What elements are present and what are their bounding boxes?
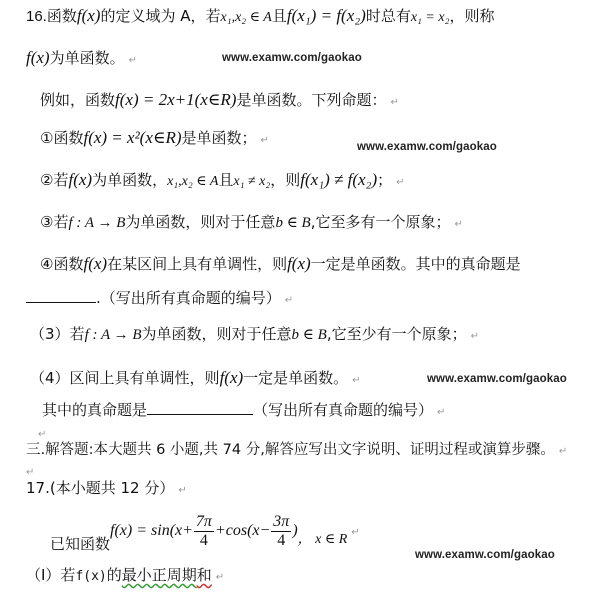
paragraph-mark-icon: ↵: [455, 219, 463, 230]
math-x1x2-in-A: x₁,x₂ ∈ A: [221, 10, 272, 25]
paragraph-mark-icon: ↵: [390, 97, 398, 108]
paragraph-mark-icon: ↵: [396, 177, 404, 188]
answer-blank[interactable]: [26, 288, 96, 303]
paragraph-mark-icon: ↵: [352, 375, 360, 386]
q17-given-function: 已知函数f(x) = sin(x+7π4+cos(x−3π4)， x ∈ R↵: [50, 510, 360, 554]
grammar-underline: 最小正周期: [122, 566, 197, 584]
proposition-3: ③若f : A → B为单函数，则对于任意b ∈ B,它至多有一个原象；↵: [40, 212, 463, 235]
math-x-squared: f(x) = x²(x∈R): [83, 128, 181, 147]
question-number: 16.: [26, 8, 47, 25]
paragraph-mark-icon: ↵: [261, 135, 269, 146]
math-example-formula: f(x) = 2x+1(x∈R): [115, 90, 236, 109]
watermark: www.examw.com/gaokao: [222, 52, 362, 64]
answer-line: .（写出所有真命题的编号）↵: [26, 288, 293, 311]
q16-line1: 16.函数f(x)的定义域为 A，若x₁,x₂ ∈ A且f(x₁) = f(x₂…: [26, 6, 494, 28]
proposition-1: ①函数f(x) = x²(x∈R)是单函数；↵: [40, 128, 269, 151]
alt-proposition-4: （4）区间上具有单调性，则f(x)一定是单函数。↵: [30, 368, 361, 391]
section-3-heading: 三.解答题:本大题共 6 小题,共 74 分,解答应写出文字说明、证明过程或演算…: [26, 440, 567, 462]
alt-answer-line: 其中的真命题是（写出所有真命题的编号）↵: [42, 400, 445, 423]
proposition-4: ④函数f(x)在某区间上具有单调性，则f(x)一定是单函数。其中的真命题是: [40, 254, 521, 274]
paragraph-mark-icon: ↵: [559, 446, 567, 457]
paragraph-mark-icon: ↵: [285, 295, 293, 306]
paragraph-mark-icon: ↵: [216, 572, 224, 583]
q17-header: 17.(本小题共 12 分）↵: [26, 478, 187, 501]
math-trig-formula: f(x) = sin(x+7π4+cos(x−3π4): [110, 522, 298, 539]
math-fx1-eq-fx2: f(x₁) = f(x₂): [287, 6, 366, 25]
example-line: 例如，函数f(x) = 2x+1(x∈R)是单函数。下列命题：↵: [40, 90, 399, 113]
watermark: www.examw.com/gaokao: [427, 373, 567, 385]
math-fx: f(x): [26, 48, 50, 67]
watermark: www.examw.com/gaokao: [357, 141, 497, 153]
proposition-2: ②若f(x)为单函数，x₁,x₂ ∈ A且x₁ ≠ x₂，则f(x₁) ≠ f(…: [40, 170, 405, 193]
paragraph-mark-icon: ↵: [178, 485, 186, 496]
q17-part-1: （Ⅰ）若f(x)的最小正周期和↵: [26, 565, 224, 588]
q16-line2: f(x)为单函数。↵: [26, 48, 137, 71]
paragraph-mark-icon: ↵: [129, 55, 137, 66]
fraction-7pi-4: 7π4: [194, 513, 214, 550]
paragraph-mark-icon: ↵: [437, 407, 445, 418]
paragraph-mark-icon: ↵: [471, 331, 479, 342]
alt-proposition-3: （3）若f : A → B为单函数，则对于任意b ∈ B,它至少有一个原象；↵: [30, 324, 479, 347]
answer-blank[interactable]: [147, 400, 253, 415]
math-fx: f(x): [77, 6, 101, 25]
fraction-3pi-4: 3π4: [271, 513, 291, 550]
math-x1-eq-x2: x₁ = x₂: [411, 10, 450, 25]
paragraph-mark-icon: ↵: [351, 527, 359, 538]
watermark: www.examw.com/gaokao: [415, 549, 555, 561]
